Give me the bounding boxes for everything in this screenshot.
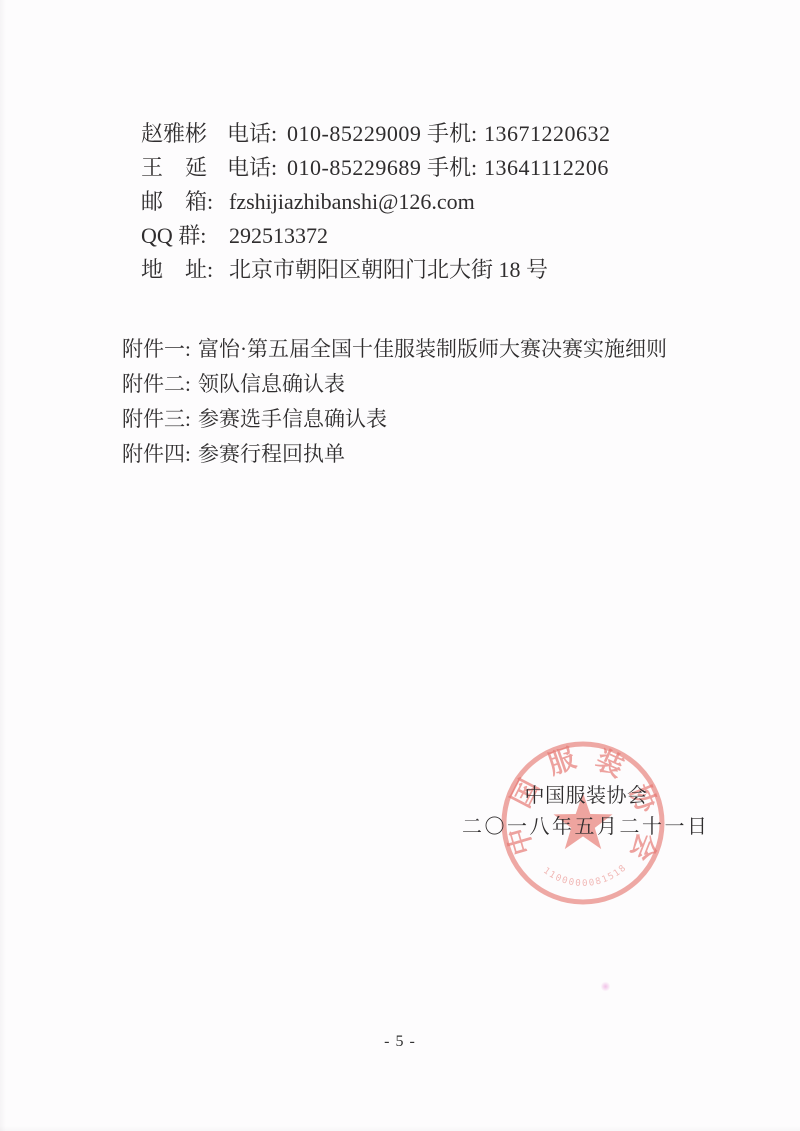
attachment-label: 附件三: [122,402,198,437]
contact-row: 赵雅彬电话:010-85229009手机:13671220632 [141,117,611,151]
signature-date: 二〇一八年五月二十一日 [462,810,710,839]
signature-organization: 中国服装协会 [466,779,706,808]
phone-label: 电话: [227,117,287,151]
contact-name: 赵雅彬 [141,117,227,151]
contact-name: 王 延 [141,151,227,185]
attachment-item: 附件四:参赛行程回执单 [122,437,667,472]
mobile-number: 13671220632 [484,117,611,151]
contact-info-block: 赵雅彬电话:010-85229009手机:13671220632 王 延电话:0… [141,117,611,287]
scanned-document-page: 赵雅彬电话:010-85229009手机:13671220632 王 延电话:0… [0,0,800,1131]
address-row: 地 址:北京市朝阳区朝阳门北大街 18 号 [141,253,611,287]
qq-group-value: 292513372 [229,219,328,253]
qq-group-label: QQ 群: [141,219,229,253]
svg-text:1100000081518: 1100000081518 [541,863,629,889]
attachment-label: 附件一: [122,332,198,367]
attachment-label: 附件二: [122,367,198,402]
scan-speck [601,981,610,992]
mobile-label: 手机: [427,117,484,151]
contact-row: 王 延电话:010-85229689手机:13641112206 [141,151,611,185]
email-row: 邮 箱:fzshijiazhibanshi@126.com [141,185,611,219]
address-value: 北京市朝阳区朝阳门北大街 18 号 [229,253,548,287]
phone-number: 010-85229689 [287,151,427,185]
attachment-title: 领队信息确认表 [198,372,345,396]
attachment-item: 附件三:参赛选手信息确认表 [122,402,667,437]
page-number: - 5 - [0,1033,800,1051]
address-label: 地 址: [141,253,229,287]
attachments-list: 附件一:富怡·第五届全国十佳服装制版师大赛决赛实施细则 附件二:领队信息确认表 … [122,332,667,472]
qq-group-row: QQ 群:292513372 [141,219,611,253]
attachment-label: 附件四: [122,437,198,472]
phone-label: 电话: [227,151,287,185]
attachment-title: 富怡·第五届全国十佳服装制版师大赛决赛实施细则 [198,337,667,361]
mobile-number: 13641112206 [484,151,609,185]
phone-number: 010-85229009 [287,117,427,151]
attachment-item: 附件二:领队信息确认表 [122,367,667,402]
attachment-title: 参赛选手信息确认表 [198,407,387,431]
email-label: 邮 箱: [141,185,229,219]
mobile-label: 手机: [427,151,484,185]
seal-serial-number: 1100000081518 [541,863,629,889]
attachment-title: 参赛行程回执单 [198,442,345,466]
attachment-item: 附件一:富怡·第五届全国十佳服装制版师大赛决赛实施细则 [122,332,667,367]
email-value: fzshijiazhibanshi@126.com [229,185,475,219]
